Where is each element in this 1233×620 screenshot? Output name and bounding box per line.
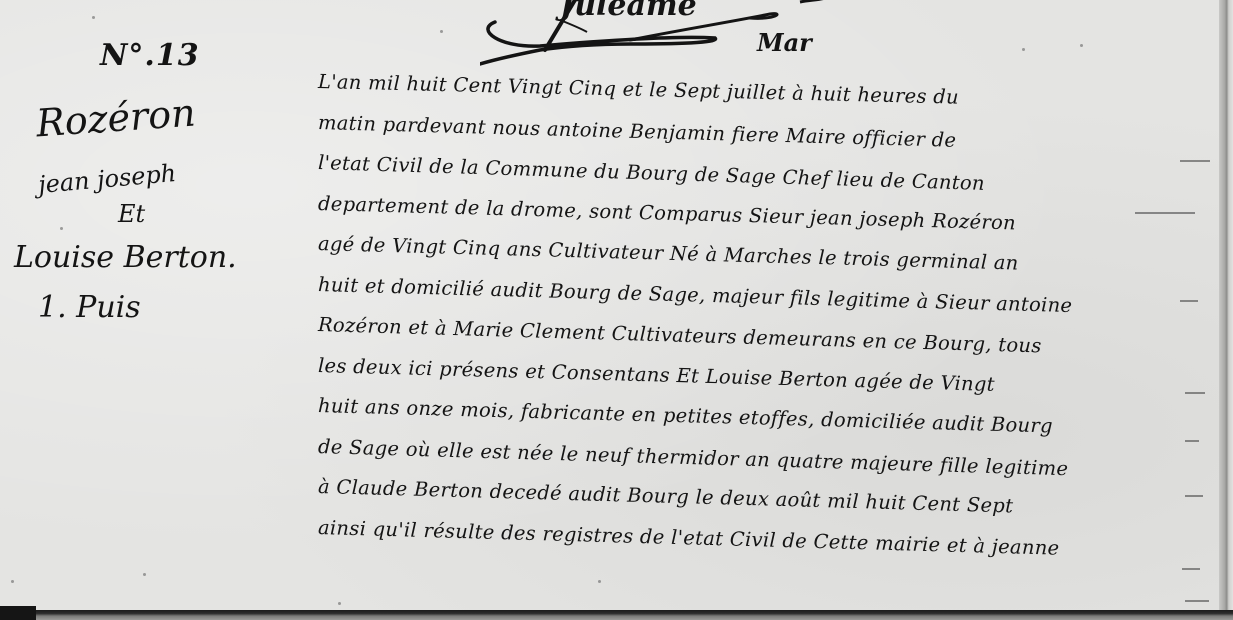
heading-subtitle: Mar xyxy=(757,28,812,57)
page-right-edge xyxy=(1219,0,1233,620)
margin-column: N°.13 Rozéron jean joseph Et Louise Bert… xyxy=(0,0,300,600)
margin-annotation: 1. Puis xyxy=(38,290,141,325)
line-end-dash xyxy=(1185,495,1203,497)
paper-speck xyxy=(338,602,341,605)
line-end-dash xyxy=(1180,300,1198,302)
page-corner-shadow xyxy=(0,606,36,620)
line-end-dash xyxy=(1185,440,1199,442)
page-bottom-edge xyxy=(0,610,1233,620)
line-end-dash xyxy=(1185,600,1209,602)
paper-speck xyxy=(1022,48,1025,51)
conjunction: Et xyxy=(118,200,145,228)
bride-name: Louise Berton. xyxy=(14,240,237,275)
paper-speck xyxy=(598,580,601,583)
line-end-dash xyxy=(1185,392,1205,394)
paper-speck xyxy=(440,30,443,33)
paper-speck xyxy=(1080,44,1083,47)
line-end-dash xyxy=(1135,212,1195,214)
document-page: Juleame Mar N°.13 Rozéron jean joseph Et… xyxy=(0,0,1233,620)
record-body: L'an mil huit Cent Vingt Cinq et le Sept… xyxy=(318,62,1218,548)
body-line-text: L'an mil huit Cent Vingt Cinq et le Sept… xyxy=(318,70,959,109)
heading-title: Juleame xyxy=(560,0,697,23)
entry-number: N°.13 xyxy=(100,38,200,73)
line-end-dash xyxy=(1180,160,1210,162)
line-end-dash xyxy=(1182,568,1200,570)
groom-surname: Rozéron xyxy=(35,90,197,145)
groom-given-names: jean joseph xyxy=(37,159,177,199)
